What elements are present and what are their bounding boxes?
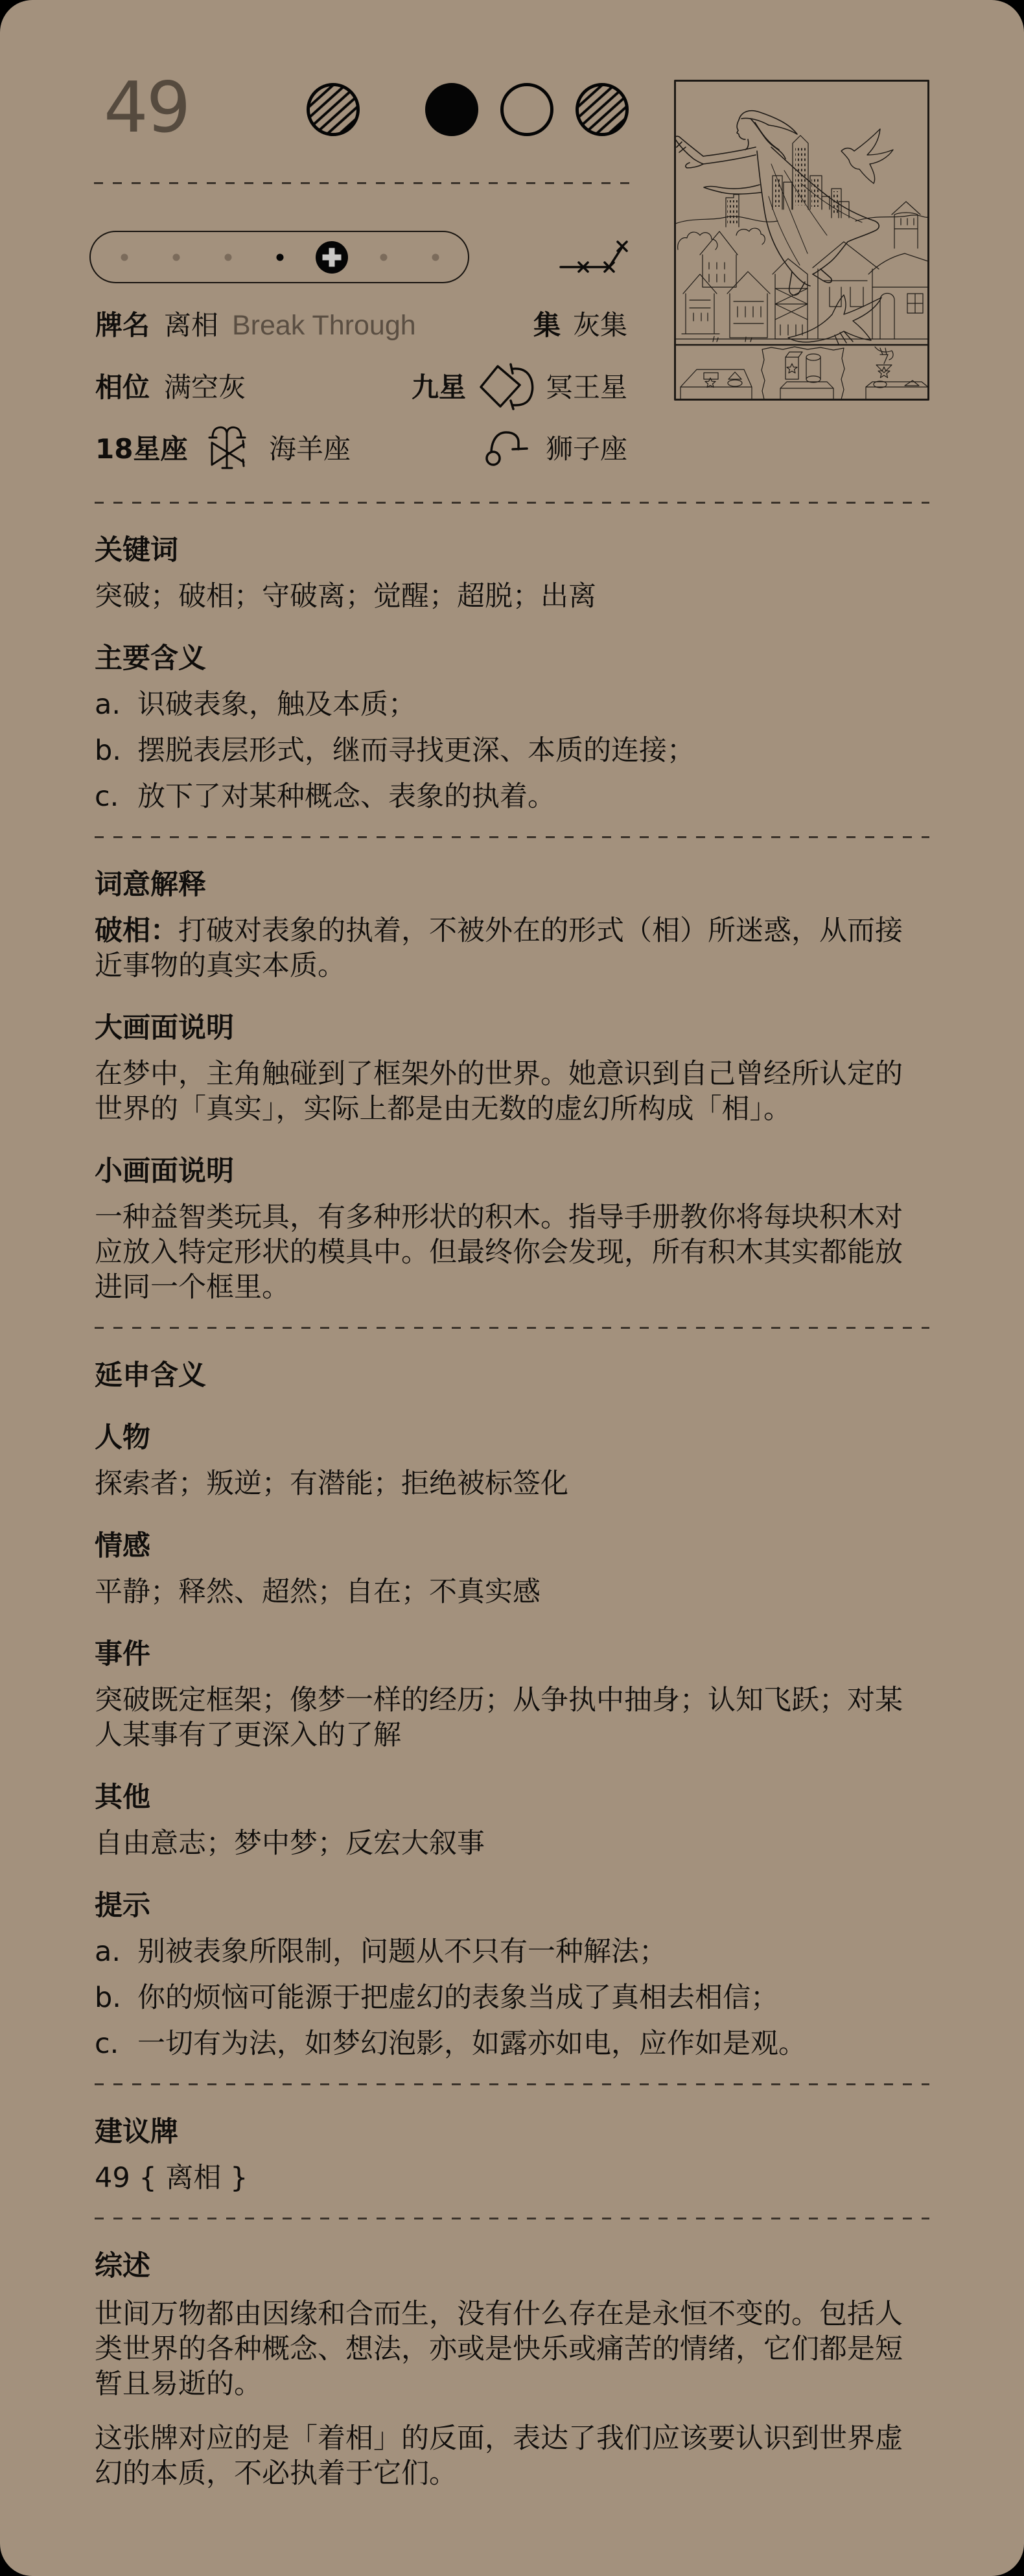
group-text: 平静；释然、超然；自在；不真实感 <box>95 1575 924 1610</box>
sea-goat-symbol-icon <box>206 425 249 473</box>
extended-group-events: 事件 突破既定框架；像梦一样的经历；从争执中抽身；认知飞跃；对某人某事有了更深入… <box>95 1637 929 1753</box>
divider <box>95 836 929 838</box>
list-item: a.别被表象所限制，问题从不只有一种解法； <box>95 1934 924 1969</box>
moon-phase-empty-icon <box>500 82 554 137</box>
list-text: 一切有为法，如梦幻泡影，如露亦如电，应作如是观。 <box>137 2026 924 2061</box>
card-name-cn: 离相 <box>164 308 218 343</box>
list-text: 别被表象所限制，问题从不只有一种解法； <box>137 1934 924 1969</box>
group-title: 事件 <box>95 1637 929 1672</box>
small-picture-text: 一种益智类玩具，有多种形状的积木。指导手册教你将每块积木对应放入特定形状的模具中… <box>95 1200 924 1305</box>
tips-section: 提示 a.别被表象所限制，问题从不只有一种解法； b.你的烦恼可能源于把虚幻的表… <box>95 1888 929 2061</box>
group-text: 探索者；叛逆；有潜能；拒绝被标签化 <box>95 1466 924 1501</box>
divider <box>95 2083 929 2085</box>
list-item: b.你的烦恼可能源于把虚幻的表象当成了真相去相信； <box>95 1980 924 2015</box>
zodiac18-value: 海羊座 <box>269 432 351 467</box>
extended-group-other: 其他 自由意志；梦中梦；反宏大叙事 <box>95 1780 929 1861</box>
word-meaning-section: 词意解释 破相：打破对表象的执着，不被外在的形式（相）所迷惑，从而接近事物的真实… <box>95 867 929 983</box>
list-marker: c. <box>95 779 137 814</box>
moon-phase-hatched-icon <box>306 82 360 137</box>
list-marker: a. <box>95 1934 137 1969</box>
summary-paragraph: 这张牌对应的是「着相」的反面，表达了我们应该要认识到世界虚幻的本质，不必执着于它… <box>95 2421 924 2491</box>
group-title: 人物 <box>95 1420 929 1455</box>
extended-meaning-section: 延申含义 <box>95 1358 929 1393</box>
moon-phase-hatched-icon <box>575 82 629 137</box>
card-number: 49 <box>104 73 189 144</box>
zodiac-value: 狮子座 <box>546 432 627 467</box>
list-marker: b. <box>95 1980 137 2015</box>
section-title: 主要含义 <box>95 641 929 676</box>
list-item: c.放下了对某种概念、表象的执着。 <box>95 779 924 814</box>
big-picture-section: 大画面说明 在梦中，主角触碰到了框架外的世界。她意识到自己曾经所认定的世界的「真… <box>95 1011 929 1127</box>
nine-star-value: 冥王星 <box>546 370 627 405</box>
divider <box>95 1327 929 1329</box>
keywords-section: 关键词 突破；破相；守破离；觉醒；超脱；出离 <box>95 533 929 614</box>
card-name-label: 牌名 <box>95 308 150 343</box>
card-position-stepper[interactable] <box>89 231 469 283</box>
section-title: 建议牌 <box>95 2114 929 2149</box>
list-text: 你的烦恼可能源于把虚幻的表象当成了真相去相信； <box>137 1980 924 2015</box>
leo-symbol-icon <box>482 428 529 467</box>
set-label: 集 <box>533 308 561 343</box>
section-title: 词意解释 <box>95 867 929 902</box>
big-picture-text: 在梦中，主角触碰到了框架外的世界。她意识到自己曾经所认定的世界的「真实」，实际上… <box>95 1057 924 1127</box>
extended-group-people: 人物 探索者；叛逆；有潜能；拒绝被标签化 <box>95 1420 929 1501</box>
term-label: 破相： <box>95 915 178 947</box>
group-title: 其他 <box>95 1780 929 1815</box>
advice-card-section: 建议牌 49 { 离相 } <box>95 2114 929 2195</box>
group-text: 突破既定框架；像梦一样的经历；从争执中抽身；认知飞跃；对某人某事有了更深入的了解 <box>95 1683 924 1753</box>
word-meaning-text: 破相：打破对表象的执着，不被外在的形式（相）所迷惑，从而接近事物的真实本质。 <box>95 913 924 983</box>
position-dot[interactable] <box>432 253 439 261</box>
list-text: 摆脱表层形式，继而寻找更深、本质的连接； <box>137 733 924 768</box>
position-dot[interactable] <box>172 253 180 261</box>
group-title: 情感 <box>95 1528 929 1563</box>
list-marker: a. <box>95 687 137 722</box>
nine-star-label: 九星 <box>412 370 466 405</box>
constellation-icon <box>554 237 632 277</box>
advice-card-link[interactable]: 49 { 离相 } <box>95 2160 924 2195</box>
card-illustration <box>674 80 929 401</box>
divider <box>95 502 929 504</box>
phase-label: 相位 <box>95 370 150 405</box>
list-text: 放下了对某种概念、表象的执着。 <box>137 779 924 814</box>
section-title: 关键词 <box>95 533 929 568</box>
list-text: 识破表象，触及本质； <box>137 687 924 722</box>
phase-value: 满空灰 <box>164 370 246 405</box>
divider <box>95 2218 929 2219</box>
position-dot[interactable] <box>276 253 283 261</box>
keywords-text: 突破；破相；守破离；觉醒；超脱；出离 <box>95 579 924 614</box>
extended-group-emotion: 情感 平静；释然、超然；自在；不真实感 <box>95 1528 929 1610</box>
term-definition: 打破对表象的执着，不被外在的形式（相）所迷惑，从而接近事物的真实本质。 <box>95 915 903 982</box>
plus-circle-icon[interactable] <box>316 241 348 274</box>
list-marker: b. <box>95 733 137 768</box>
group-title: 提示 <box>95 1888 929 1923</box>
summary-paragraph: 世间万物都由因缘和合而生，没有什么存在是永恒不变的。包括人类世界的各种概念、想法… <box>95 2297 924 2402</box>
section-title: 小画面说明 <box>95 1154 929 1189</box>
position-dot[interactable] <box>380 253 387 261</box>
group-text: 自由意志；梦中梦；反宏大叙事 <box>95 1826 924 1861</box>
list-item: c.一切有为法，如梦幻泡影，如露亦如电，应作如是观。 <box>95 2026 924 2061</box>
position-dot[interactable] <box>121 253 128 261</box>
pluto-symbol-icon <box>477 360 537 412</box>
section-title: 大画面说明 <box>95 1011 929 1046</box>
section-title: 延申含义 <box>95 1358 929 1393</box>
card-detail-content: 关键词 突破；破相；守破离；觉醒；超脱；出离 主要含义 a.识破表象，触及本质；… <box>95 502 929 2491</box>
small-picture-section: 小画面说明 一种益智类玩具，有多种形状的积木。指导手册教你将每块积木对应放入特定… <box>95 1154 929 1305</box>
card-name-en: Break Through <box>232 308 416 343</box>
position-dot[interactable] <box>224 253 231 261</box>
main-meaning-section: 主要含义 a.识破表象，触及本质； b.摆脱表层形式，继而寻找更深、本质的连接；… <box>95 641 929 814</box>
summary-section: 综述 世间万物都由因缘和合而生，没有什么存在是永恒不变的。包括人类世界的各种概念… <box>95 2249 929 2491</box>
set-value: 灰集 <box>573 308 627 343</box>
zodiac18-label: 18星座 <box>95 432 187 467</box>
moon-phase-filled-icon <box>425 82 479 137</box>
divider <box>94 182 629 184</box>
list-marker: c. <box>95 2026 137 2061</box>
list-item: b.摆脱表层形式，继而寻找更深、本质的连接； <box>95 733 924 768</box>
tarot-card-detail: 49 牌名 离相 Break Through 集 灰集 相位 满空灰 九星 冥王… <box>0 0 1024 2576</box>
list-item: a.识破表象，触及本质； <box>95 687 924 722</box>
section-title: 综述 <box>95 2249 929 2284</box>
